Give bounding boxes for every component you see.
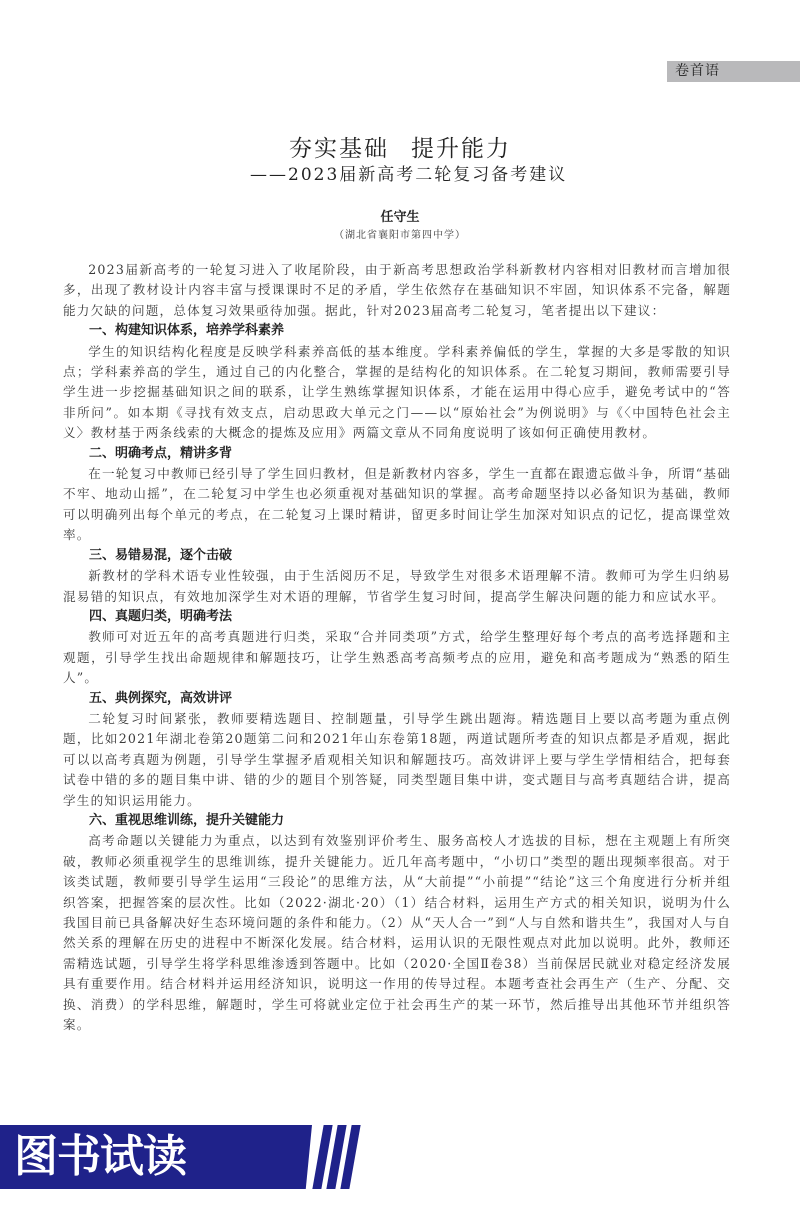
- section-heading-5: 五、典例探究，高效讲评: [63, 689, 731, 709]
- section-heading-2: 二、明确考点，精讲多背: [63, 444, 731, 464]
- section-body-6: 高考命题以关键能力为重点，以达到有效鉴别评价考生、服务高校人才选拔的目标，想在主…: [63, 831, 731, 1035]
- section-body-1: 学生的知识结构化程度是反映学科素养高低的基本维度。学科素养偏低的学生，掌握的大多…: [63, 342, 731, 444]
- title-part-1: 夯实基础: [289, 136, 389, 162]
- section-body-2: 在一轮复习中教师已经引导了学生回归教材，但是新教材内容多，学生一直都在跟遗忘做斗…: [63, 464, 731, 546]
- section-tab: 卷首语: [667, 61, 800, 82]
- section-body-4: 教师可对近五年的高考真题进行归类，采取“合并同类项”方式，给学生整理好每个考点的…: [63, 627, 731, 688]
- banner-label: 图书试读: [14, 1129, 186, 1185]
- section-heading-3: 三、易错易混，逐个击破: [63, 546, 731, 566]
- article-body: 2023届新高考的一轮复习进入了收尾阶段，由于新高考思想政治学科新教材内容相对旧…: [63, 260, 731, 1035]
- section-heading-1: 一、构建知识体系，培养学科素养: [63, 321, 731, 341]
- intro-paragraph: 2023届新高考的一轮复习进入了收尾阶段，由于新高考思想政治学科新教材内容相对旧…: [63, 260, 731, 321]
- author-name: 任守生: [0, 206, 800, 225]
- page-title: 夯实基础提升能力: [0, 130, 800, 163]
- author-affiliation: （湖北省襄阳市第四中学）: [0, 226, 800, 241]
- section-heading-6: 六、重视思维训练，提升关键能力: [63, 811, 731, 831]
- section-body-5: 二轮复习时间紧张，教师要精选题目、控制题量，引导学生跳出题海。精选题目上要以高考…: [63, 709, 731, 811]
- section-body-3: 新教材的学科术语专业性较强，由于生活阅历不足，导致学生对很多术语理解不清。教师可…: [63, 566, 731, 607]
- section-heading-4: 四、真题归类，明确考法: [63, 607, 731, 627]
- book-preview-banner: 图书试读: [0, 1125, 360, 1189]
- title-part-2: 提升能力: [411, 136, 511, 162]
- page-subtitle: ——2023届新高考二轮复习备考建议: [250, 160, 567, 185]
